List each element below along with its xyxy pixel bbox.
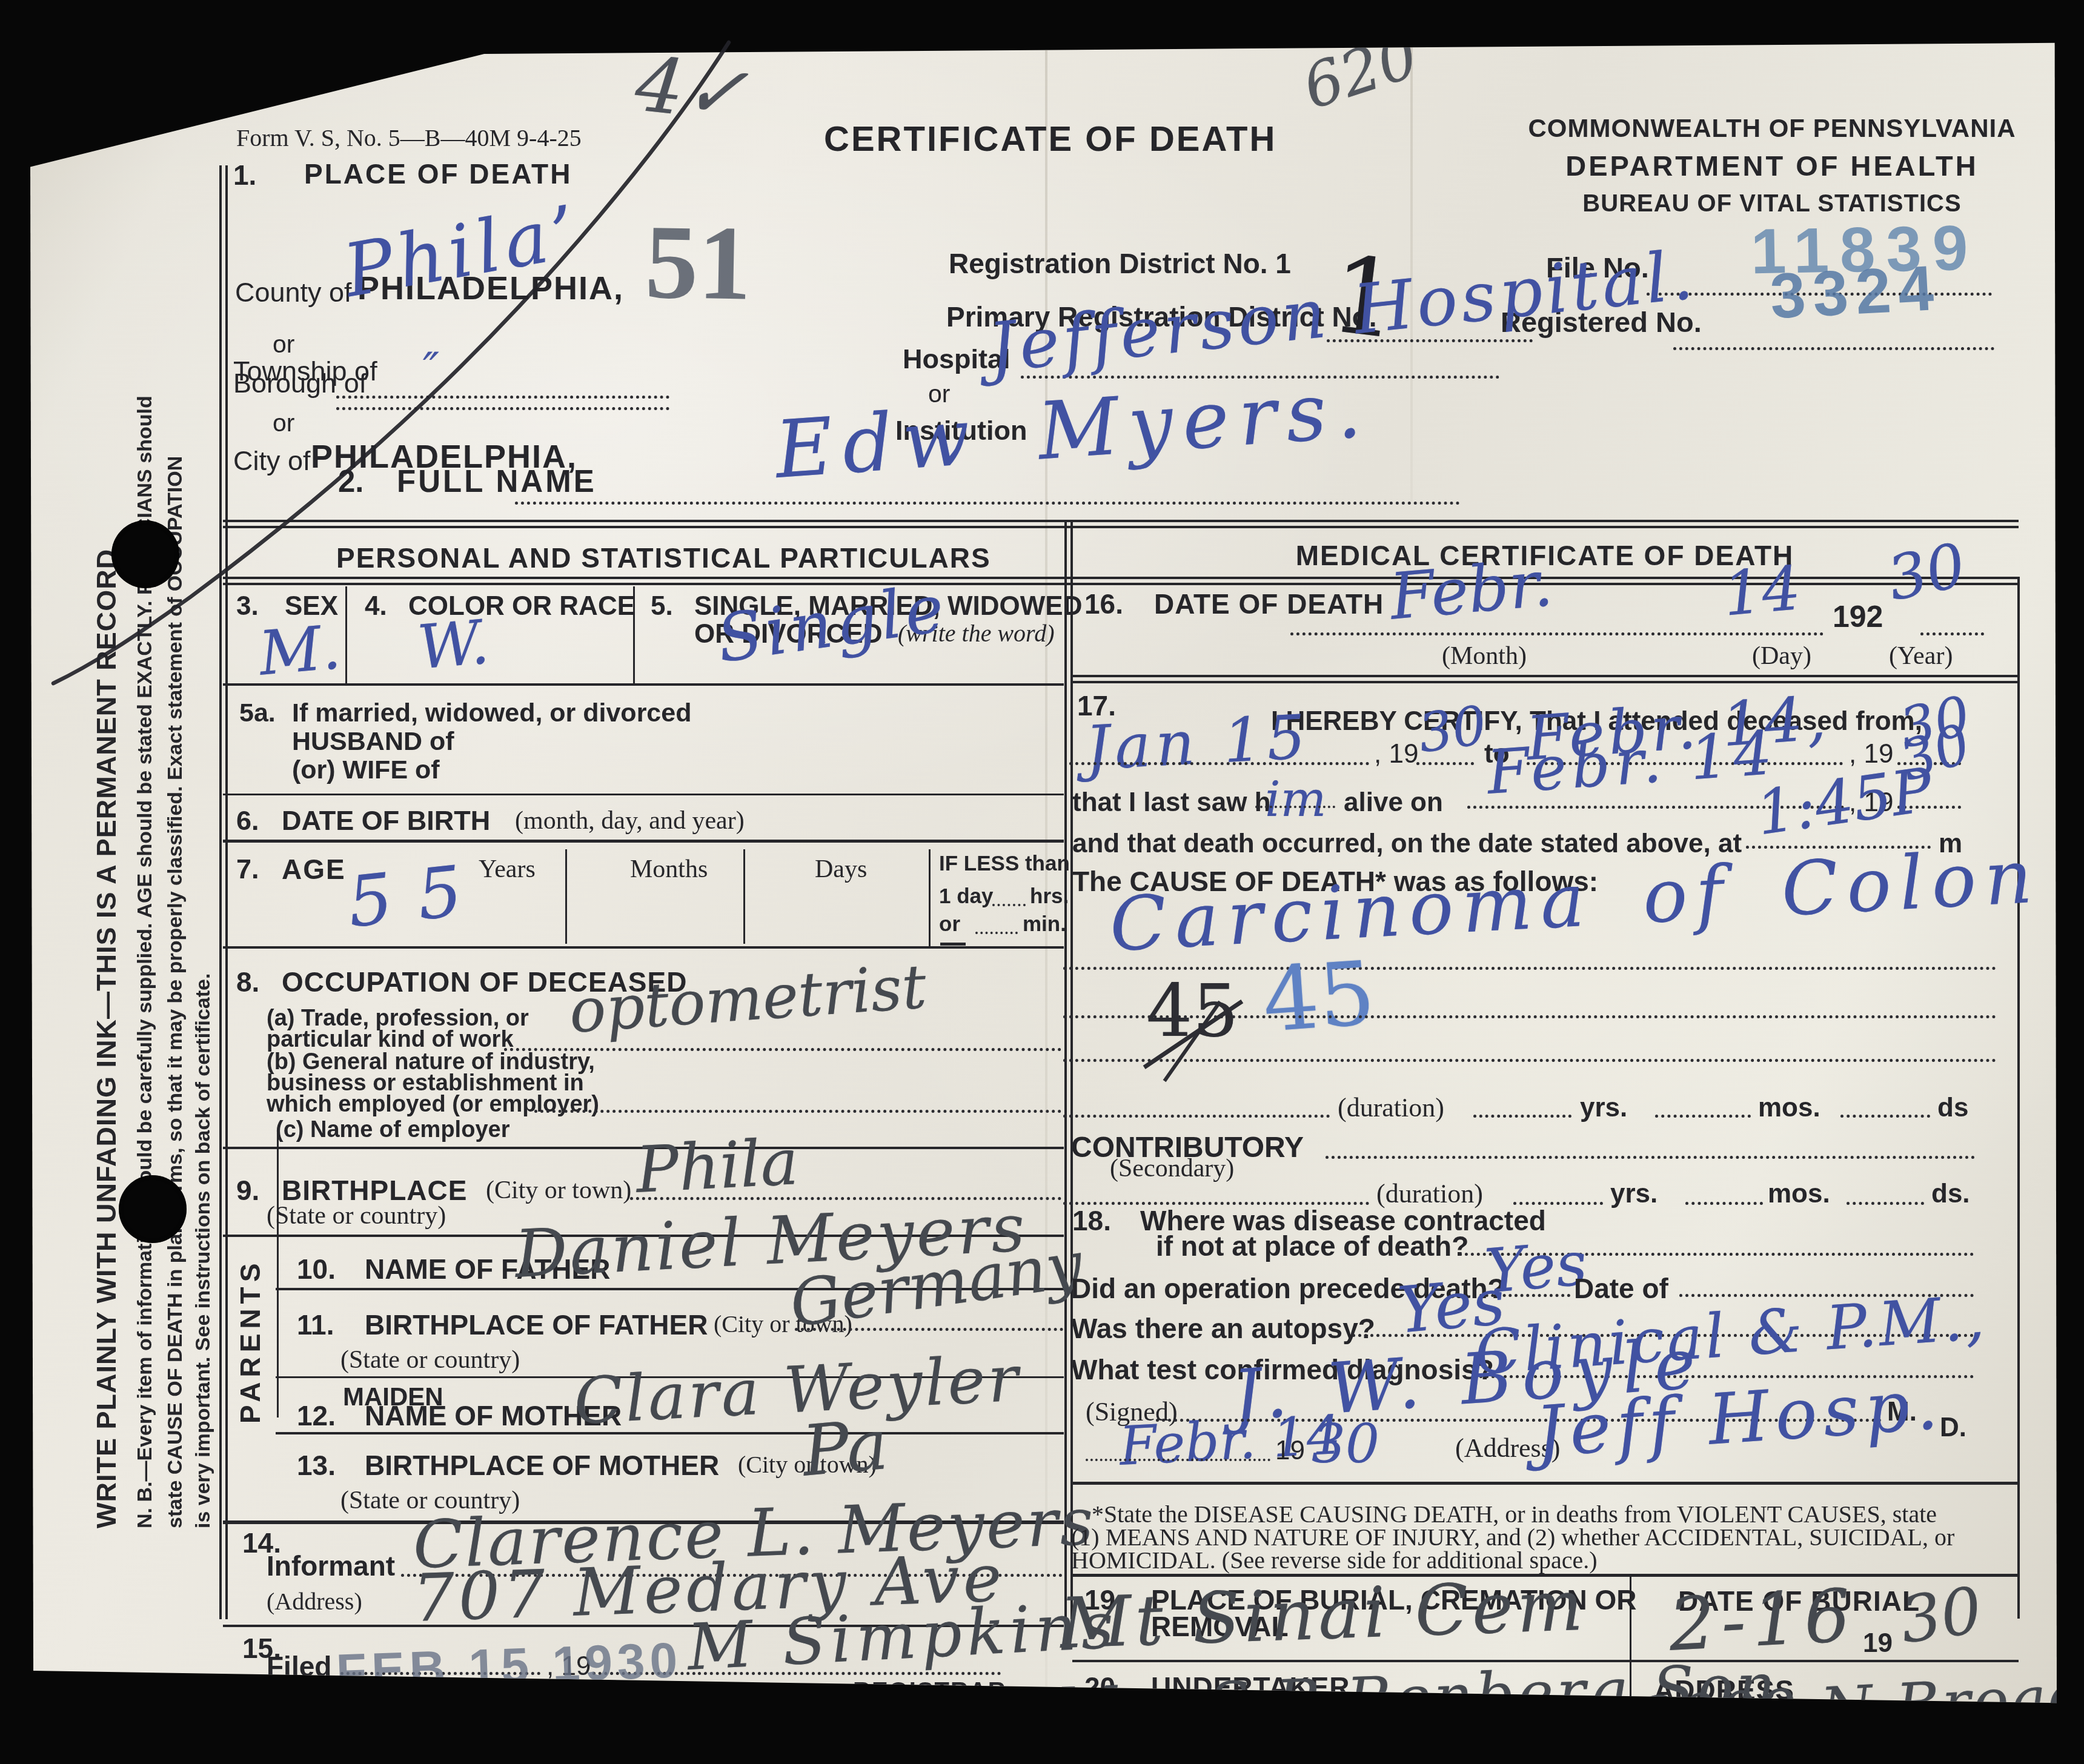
form-code: 11—3184: [241, 1702, 339, 1728]
form-number: Form V. S, No. 5—B—40M 9-4-25: [236, 125, 582, 152]
borough-label: Borough of: [233, 368, 367, 399]
birthplace-number: 9.: [236, 1175, 259, 1207]
cause-line-3: [1063, 1059, 1996, 1062]
occupation-b-line: [534, 1110, 1061, 1113]
sex-number: 3.: [236, 591, 259, 621]
duration-note-2: (duration): [1376, 1179, 1483, 1209]
dur2-line-d: [1847, 1202, 1924, 1205]
informant-address-label: (Address): [267, 1588, 362, 1616]
pencil-check-annotation: 4✓: [632, 46, 751, 133]
ifless-line1: IF LESS than: [939, 852, 1070, 875]
ds-label-2: ds.: [1931, 1179, 1970, 1209]
occupation-b3: which employed (or employer): [267, 1092, 599, 1118]
full-name-line: [515, 502, 1460, 505]
burial-30: 30: [1897, 1579, 1986, 1653]
attended-from-value: Jan 15: [1084, 707, 1312, 779]
autopsy-question: Was there an autopsy?: [1071, 1313, 1375, 1345]
place-of-death-heading: PLACE OF DEATH: [304, 159, 572, 190]
age-number: 7.: [236, 854, 259, 884]
dur2-line-c: [1685, 1202, 1763, 1205]
borough-ditto-mark: ″: [423, 347, 439, 391]
dur1-line-d: [1840, 1115, 1930, 1118]
item5a-number: 5a.: [239, 698, 276, 728]
dod-line: [1290, 632, 1823, 635]
vline-sex-race: [345, 586, 347, 683]
township-line: [336, 396, 669, 399]
sidebar-note-permanent-record: WRITE PLAINLY WITH UNFADING INK—THIS IS …: [91, 193, 122, 1528]
dur1-line-a: [1063, 1115, 1330, 1118]
item5a-line1: If married, widowed, or divorced: [292, 698, 691, 728]
sidebar-note-line2: N. B.—Every item of information should b…: [133, 138, 157, 1528]
rule-below-5a: [223, 794, 1064, 795]
or-label-1: or: [273, 331, 294, 359]
last-saw-him-line: [1255, 806, 1335, 808]
mos-label-2: mos.: [1768, 1179, 1830, 1209]
vline-race-marital: [633, 586, 635, 683]
dod-month-value: Febr.: [1387, 552, 1555, 629]
rule-below-age: [223, 946, 1064, 949]
center-column-divider: [1064, 520, 1073, 1619]
filed-date-stamp: FEB 15 1930: [336, 1636, 683, 1697]
dob-label: DATE OF BIRTH: [282, 806, 490, 836]
punch-hole-top: [111, 520, 179, 588]
item1-number: 1.: [233, 160, 256, 191]
dob-number: 6.: [236, 806, 259, 836]
rule-below-mother: [276, 1432, 1064, 1434]
mother-bp-value: Pa: [800, 1410, 891, 1487]
or-label-2: or: [273, 409, 294, 437]
item5a-line2: HUSBAND of: [292, 727, 454, 756]
item18-number: 18.: [1072, 1205, 1111, 1237]
registration-district-label: Registration District No. 1: [949, 248, 1291, 280]
yrs-label-2: yrs.: [1610, 1179, 1658, 1209]
age-label: AGE: [282, 854, 346, 886]
dod-year-line: [1920, 632, 1984, 635]
registered-no-stamp: 3324: [1768, 256, 1942, 329]
dod-day-value: 14: [1721, 558, 1803, 625]
birthplace-value: Phila: [634, 1130, 800, 1202]
vline-burial: [1630, 1577, 1631, 1660]
last-saw-him: im: [1265, 775, 1326, 824]
contributory-line: [1326, 1156, 1975, 1159]
dob-note: (month, day, and year): [515, 807, 745, 835]
filed-label: Filed: [267, 1651, 331, 1683]
registered-no-line: [1673, 347, 1994, 350]
marital-number: 5.: [651, 591, 673, 621]
father-bp-note2: (State or country): [340, 1346, 520, 1374]
vline-age-3: [929, 849, 931, 946]
mother-value: Clara Weyler: [572, 1347, 1022, 1433]
dod-month-note: (Month): [1442, 642, 1527, 671]
date-of-label: Date of: [1574, 1273, 1668, 1305]
last-saw-label-2: alive on: [1344, 787, 1443, 817]
birthplace-note: (City or town): [486, 1176, 631, 1205]
dod-day-note: (Day): [1752, 642, 1811, 671]
signature-19: 19: [1275, 1436, 1305, 1465]
signature-30: 30: [1312, 1417, 1379, 1471]
rule-below-dod: [1072, 675, 2017, 683]
borough-line: [336, 407, 669, 410]
dod-label: DATE OF DEATH: [1154, 589, 1384, 620]
ifless-underline: [940, 943, 966, 946]
ifless-min: min.: [1023, 912, 1066, 936]
registrar-label: REGISTRAR: [853, 1678, 1007, 1705]
personal-section-header: PERSONAL AND STATISTICAL PARTICULARS: [336, 543, 948, 574]
father-bp-label: BIRTHPLACE OF FATHER: [365, 1310, 708, 1341]
vline-age-2: [743, 849, 745, 944]
dur1-line-c: [1655, 1115, 1751, 1118]
sidebar-note-line3: state CAUSE OF DEATH in plain terms, so …: [164, 138, 187, 1528]
death-time-value: 1:45P: [1753, 760, 1936, 844]
mother-number: 12.: [297, 1401, 336, 1432]
sex-value: M.: [257, 617, 343, 684]
vline-age-1: [565, 849, 567, 944]
city-label: City of: [233, 446, 311, 476]
certificate-title: CERTIFICATE OF DEATH: [824, 120, 1272, 159]
race-number: 4.: [365, 591, 387, 621]
father-number: 10.: [297, 1254, 336, 1285]
age-days-header: Days: [815, 855, 867, 884]
full-name-value: Edw Myers.: [772, 369, 1373, 489]
line-19-a: [1416, 762, 1474, 765]
ifless-hrs: hrs.: [1030, 884, 1069, 908]
age-years-header: Years: [479, 855, 536, 884]
age-months-header: Months: [630, 855, 708, 884]
yrs-label-1: yrs.: [1580, 1093, 1627, 1122]
signature-date-line: [1086, 1459, 1270, 1461]
scanned-death-certificate: { "colors":{"paper":"#e9e6dd","ink":"#26…: [0, 0, 2084, 1764]
ifless-hrs-line: [992, 904, 1026, 906]
ifless-or: or: [939, 912, 960, 936]
birthplace-note2: (State or country): [267, 1202, 446, 1230]
age-value: 55: [345, 854, 491, 938]
parents-bracket-line: [277, 1131, 279, 1417]
father-bp-number: 11.: [297, 1310, 334, 1341]
burial-place-value: Mt Sinai Cem: [1059, 1571, 1588, 1659]
county-label: County of: [235, 277, 352, 308]
rule-above-footnote: [1072, 1482, 2019, 1485]
commonwealth-line: COMMONWEALTH OF PENNSYLVANIA: [1484, 114, 2060, 142]
right-border-line: [2017, 577, 2020, 1619]
rule-below-name-row: [223, 520, 2019, 528]
last-saw-date: Febr. 14: [1485, 723, 1779, 803]
mother-bp-label: BIRTHPLACE OF MOTHER: [365, 1450, 719, 1482]
full-name-label: FULL NAME: [397, 464, 597, 499]
secondary-note: (Secondary): [1110, 1155, 1234, 1183]
undertaker-value: Mrs S R Renberg Son: [1054, 1655, 1779, 1741]
certificate-paper: WRITE PLAINLY WITH UNFADING INK—THIS IS …: [30, 41, 2057, 1740]
dod-year-value: 30: [1883, 535, 1971, 610]
rule-below-sex-row: [223, 683, 1064, 686]
occupation-number: 8.: [236, 967, 259, 998]
ifless-min-line: [975, 932, 1018, 934]
ds-label-1: ds: [1937, 1093, 1968, 1122]
punch-hole-bottom: [119, 1175, 187, 1243]
pencil-620-annotation: 620: [1296, 25, 1425, 118]
item18-line2: if not at place of death?: [1156, 1231, 1468, 1262]
hw-30-a: 30: [1415, 698, 1490, 761]
sidebar-note-line4: is very important. See instructions on b…: [191, 138, 215, 1528]
registrar-line: [698, 1672, 1001, 1675]
printed-19-a: , 19: [1374, 739, 1418, 769]
dod-year-note: (Year): [1889, 642, 1953, 671]
ifless-day: 1 day: [939, 884, 994, 908]
department-line: DEPARTMENT OF HEALTH: [1484, 150, 2060, 182]
item2-number: 2.: [338, 464, 364, 499]
race-value: W.: [416, 612, 491, 678]
occupation-c: (c) Name of employer: [276, 1117, 509, 1143]
dur1-line-b: [1473, 1115, 1571, 1118]
rule-below-dob: [223, 840, 1064, 843]
bottom-rule: [223, 1718, 2019, 1726]
informant-label: Informant: [267, 1551, 395, 1582]
mos-label-1: mos.: [1758, 1093, 1820, 1122]
item5a-line3: (or) WIFE of: [292, 755, 440, 784]
dod-year-printed: 192: [1833, 600, 1883, 634]
attended-from-line: [1069, 762, 1369, 765]
signature-date: Febr. 14: [1118, 1408, 1342, 1473]
sidebar-border: [219, 165, 228, 1619]
cause-line-2: [1063, 1015, 1996, 1018]
marital-value: Single: [713, 575, 951, 672]
dod-number: 16.: [1084, 589, 1123, 620]
duration-value: 45: [1260, 949, 1378, 1045]
burial-19: 19: [1863, 1628, 1893, 1658]
district-51-stamp: 51: [644, 208, 752, 316]
duration-note-1: (duration): [1338, 1093, 1444, 1122]
mother-bp-number: 13.: [297, 1450, 336, 1482]
last-saw-label-1: that I last saw h: [1072, 787, 1271, 817]
